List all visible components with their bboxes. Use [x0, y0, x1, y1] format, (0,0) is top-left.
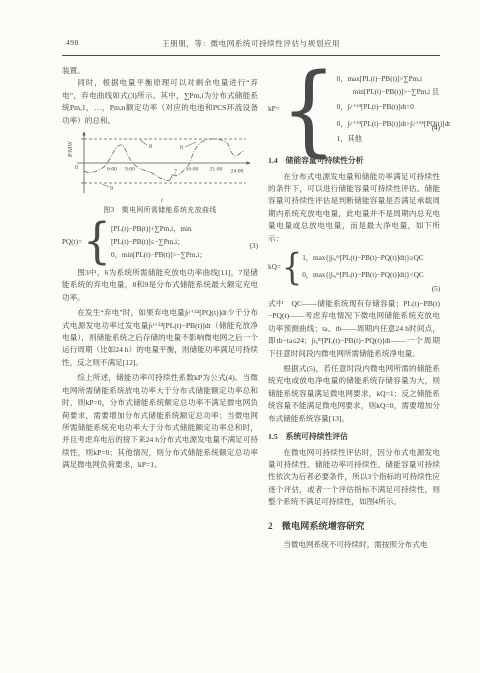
paper-page: 498 王朋朋，等：微电网系统可持续性评估与规划应用 装置。 同时，根据电量平衡…	[0, 0, 480, 673]
section-heading-2: 2 微电网系统增容研究	[268, 520, 440, 532]
equation-4: kP= { 0，max[PL(t)−PB(t)]>∑Pm,i min[PL(t)…	[268, 70, 440, 149]
x-tick: 16:00	[186, 167, 199, 173]
x-tick: 9:00	[125, 167, 135, 173]
leader-7	[170, 174, 173, 179]
paragraph: 式中 QC——储能系统现有存储容量；PL(t)−PB(t)−PQ(t)——考虑弃…	[268, 298, 440, 360]
y-axis-label: P/MW	[68, 141, 74, 157]
figure-3: P/MW 0 6:00 9:00 16:00 21:00 24:00 8 6 7…	[62, 129, 258, 217]
paragraph: 在发生“弃电”时，如果弃电电量∫ₜᵗ⁺²⁴[PQ(t)]dt少于分布式电源发电功…	[62, 307, 258, 369]
page-header: 498 王朋朋，等：微电网系统可持续性评估与规划应用	[62, 38, 440, 52]
eq3-line: [PL(t)−PB(t)]+∑Pm,i，min	[111, 223, 206, 236]
x-axis-label: t	[161, 198, 163, 204]
origin-label: 0	[75, 165, 78, 171]
x-tick: 24:00	[231, 169, 244, 175]
eq5-line: 0，max{|∫ₜₐᵗᵇ[PL(t)−PB(t)−PQ(t)]dt|}<QC	[302, 267, 423, 284]
eq4-line: 0，∫ₜᵗ⁺²⁴[PL(t)−PB(t)]dt=0	[337, 99, 451, 116]
eq4-lhs: kP=	[268, 103, 280, 115]
brace-icon: {	[281, 65, 337, 154]
paragraph: 当微电网系统不可持续时，需按照分布式电	[268, 539, 440, 551]
paragraph: 同时，根据电量平衡原理可以对剩余电量进行“弃电”，弃电曲线如式(3)所示。其中，…	[62, 77, 258, 127]
paragraph: 在微电网可持续性评估时，因分布式电源发电量可持续性、储能功率可持续性、储能容量可…	[268, 447, 440, 509]
paragraph: 图3中，6为系统所需储能充放电功率曲线[11]，7是储能系统的弃电电量，8和9是…	[62, 267, 258, 304]
eq3-lhs: PQ(t)=	[62, 236, 82, 248]
right-column: kP= { 0，max[PL(t)−PB(t)]>∑Pm,i min[PL(t)…	[268, 65, 440, 551]
paragraph: 装置。	[62, 65, 258, 77]
equation-3: PQ(t)= { [PL(t)−PB(t)]+∑Pm,i，min [PL(t)−…	[62, 222, 258, 262]
curve-label-9: 9	[110, 186, 113, 192]
leader-8	[140, 140, 147, 145]
left-column: 装置。 同时，根据电量平衡原理可以对剩余电量进行“弃电”，弃电曲线如式(3)所示…	[62, 65, 258, 551]
eq3-line: [PL(t)−PB(t)]≤−∑Pm,i；	[111, 236, 206, 249]
x-tick: 21:00	[210, 167, 223, 173]
figure-3-chart: P/MW 0 6:00 9:00 16:00 21:00 24:00 8 6 7…	[62, 129, 258, 205]
eq4-line: 0，max[PL(t)−PB(t)]>∑Pm,i	[337, 73, 451, 86]
y-axis-arrow-icon	[82, 131, 85, 136]
x-axis-arrow-icon	[247, 161, 252, 164]
header-rule	[62, 55, 440, 56]
leader-9	[102, 184, 109, 187]
paragraph: 综上所述，储能功率可持续性系数kP为公式(4)。当微电网所需储能系统放电功率大于…	[62, 372, 258, 471]
eq5-number: (5)	[432, 283, 440, 295]
brace-icon: {	[83, 220, 111, 264]
x-tick: 6:00	[107, 167, 117, 173]
eq3-line: 0，min[PL(t)−PB(t)]>−∑Pm,i；	[111, 249, 206, 262]
eq3-number: (3)	[250, 240, 258, 252]
paragraph: 根据式(5)，若任意时段内微电网所需的储能系统充电或放电净电量的储能系统存储容量…	[268, 363, 440, 425]
eq4-number: (4)	[432, 122, 440, 134]
eq4-line: 1，其他	[337, 133, 451, 146]
paragraph: 在分布式电源发电量和储能功率满足可持续性的条件下，可以进行储能容量可持续性评估。…	[268, 171, 440, 245]
equation-5: kQ= { 1，max{|∫ₜₐᵗᵇ[PL(t)−PB(t)−PQ(t)]dt|…	[268, 250, 440, 284]
eq4-line: min[PL(t)−PB(t)]>−∑Pm,i 且	[337, 86, 451, 99]
running-title: 王朋朋，等：微电网系统可持续性评估与规划应用	[62, 38, 440, 49]
brace-icon: {	[282, 250, 302, 283]
curve-label-7: 7	[174, 170, 177, 176]
eq5-lhs: kQ=	[268, 261, 281, 273]
storage-power-curve	[84, 139, 244, 181]
leader-6	[185, 142, 196, 147]
curve-label-6: 6	[180, 145, 183, 151]
section-heading-1-5: 1.5 系统可持续性评估	[268, 431, 440, 443]
eq5-line: 1，max{|∫ₜₐᵗᵇ[PL(t)−PB(t)−PQ(t)]dt|}≥QC	[302, 250, 423, 267]
curve-label-8: 8	[149, 144, 152, 150]
